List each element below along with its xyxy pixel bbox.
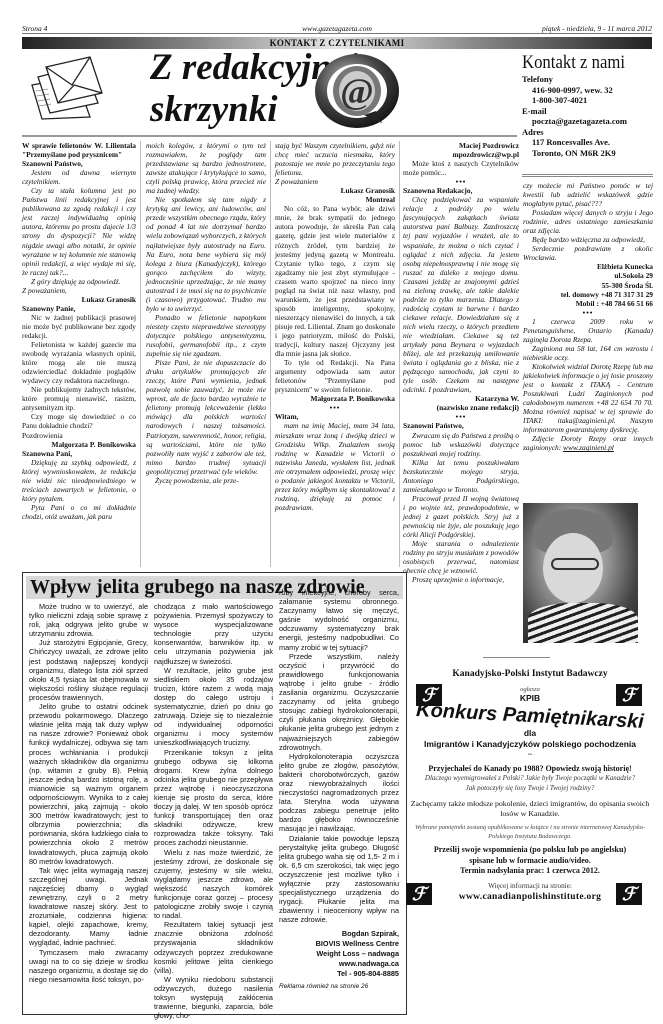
address-line-1: 117 Roncesvalles Ave.: [522, 137, 655, 148]
photo-divider: [483, 657, 550, 658]
deadline: Termin nadsyłania prac: 1 czerwca 2012.: [404, 866, 656, 877]
contact-divider: [522, 174, 653, 177]
reply-paragraph: Może ktoś z naszych Czytelników może pom…: [403, 159, 519, 177]
ad-note: Reklama również na stronie 26: [279, 982, 399, 991]
letter-paragraph: Posiadam więcej danych o stryju i Jego r…: [523, 208, 653, 235]
zaginieni-link[interactable]: www.zaginieni.pl: [563, 443, 614, 452]
letter-greeting: Witam,: [275, 412, 395, 421]
column-divider: [140, 141, 141, 567]
letter-signature-note: (nazwisko znane redakcji): [403, 403, 519, 412]
missing-person-paragraph: Zaginiona ma 58 lat, 164 cm wzrostu i ni…: [523, 344, 653, 362]
reply-paragraph: Nic w żadnej publikacji prasowej nie moż…: [22, 313, 136, 340]
header-divider: [22, 33, 652, 34]
svg-text:@: @: [340, 71, 374, 111]
letter-paragraph: Ponadto w felietonie napotykam niestety …: [146, 313, 266, 358]
email-label: E-mail: [522, 106, 655, 117]
letter-paragraph: Będę bardzo wdzięczna za odpowiedź,: [523, 235, 653, 244]
letters-column-2: moich kolegów, z którymi o tym też rozma…: [146, 141, 266, 485]
audience: Imigrantów i Kanadyjczyków polskiego poc…: [404, 739, 656, 750]
letter-paragraph: Serdecznie pozdrawiam z okolic Wrocławia…: [523, 244, 653, 262]
letter-paragraph: Dziękuję za szybką odpowiedź, z której w…: [22, 458, 136, 503]
contest-question: Przyjechałeś do Kanady po 1988? Opowiedz…: [404, 763, 656, 774]
letter-paragraph: Zwracam się do Państwa z prośbą o pomoc …: [403, 431, 519, 458]
at-sign-icon: @: [312, 51, 402, 131]
phone-1: 416-900-0997, wew. 32: [522, 85, 655, 96]
letter-paragraph: Nie spotkałem się tam nigdy z krytyką an…: [146, 195, 266, 313]
letter-greeting: Szanowni Państwo,: [22, 159, 136, 168]
letter-paragraph: Pisze Pani, że nie dopuszczacie do druku…: [146, 358, 266, 476]
letters-column-5: czy możecie mi Państwo pomóc w tej kwest…: [523, 181, 653, 452]
missing-person-paragraph: 1 czerwca 2009 roku w Penetanguishene, O…: [523, 317, 653, 344]
letter-paragraph: moich kolegów, z którymi o tym też rozma…: [146, 141, 266, 195]
letter-paragraph: Jestem od dawna wiernym czytelnikiem.: [22, 168, 136, 186]
send-line-1: Prześlij swoje wspomnienia (po polsku lu…: [404, 845, 656, 856]
article-column-1: Może trudno w to uwierzyć, ale tylko nie…: [29, 602, 148, 984]
letter-paragraph: Pracował przed II wojną światową i po wo…: [403, 494, 519, 539]
institute-name: Kanadyjsko-Polski Instytut Badawczy: [404, 668, 656, 680]
author-phone: Tel - 905-804-8885: [279, 969, 399, 979]
signature-mobile: Mobil : +48 784 66 51 66: [523, 299, 653, 308]
tilde-separator: ~: [404, 750, 656, 760]
letter-paragraph: Życzę powodzenia, ale prze-: [146, 476, 266, 485]
reply-paragraph: No cóż, to Pana wybór, ale dziwi mnie, ż…: [275, 204, 395, 358]
article-paragraph: Hydrokolonoterapia oczyszcza jelito grub…: [279, 752, 399, 834]
envelope-icon: [28, 55, 106, 121]
author-tagline: Weight Loss – nadwaga: [279, 949, 399, 959]
letters-column-1: W sprawie felietonów W. Lilientala "Prze…: [22, 141, 136, 521]
letter-paragraph: mam na imię Maciej, mam 34 lata, mieszka…: [275, 421, 395, 511]
letter-signature: Łukasz Granosik: [22, 295, 136, 304]
article-paragraph: Tymczasem mało zwracamy uwagi na to co s…: [29, 948, 148, 984]
health-article-box: Wpływ jelita grubego na nasze zdrowie Mo…: [22, 572, 407, 1015]
letter-signature: Elżbieta Kunecka: [523, 262, 653, 271]
letter-signature: Maciej Pozdrowicz: [403, 141, 519, 150]
letter-paragraph: czy możecie mi Państwo pomóc w tej kwest…: [523, 181, 653, 208]
article-paragraph: Przede wszystkim, należy oczyścić i przy…: [279, 652, 399, 752]
letter-signature: Katarzyna W.: [403, 394, 519, 403]
separator-stars: •••: [403, 412, 519, 421]
address-label: Adres: [522, 127, 655, 138]
letter-signature-city: Montreal: [275, 195, 395, 204]
letter-greeting: Szanowni Państwo,: [403, 421, 519, 430]
separator-stars: •••: [275, 403, 395, 412]
article-paragraph: roby infekcyjne, choroby serca, załamani…: [279, 588, 399, 652]
email-link[interactable]: poczta@gazetagazeta.com: [522, 116, 655, 127]
article-paragraph: Przenikanie toksyn z jelita grubego odby…: [154, 748, 273, 848]
title-divider: [22, 135, 517, 137]
reply-paragraph: Czy moge się dowiedzieć o co Panu dokład…: [22, 412, 136, 430]
contest-subquestion-2: Jak potoczyły się losy Twoje i Twojej ro…: [404, 784, 656, 794]
article-paragraph: Działanie takie powoduje lepszą perystal…: [279, 834, 399, 925]
kpib-logo-icon: ℱ: [616, 883, 642, 905]
letter-paragraph: Z góry dziękuję za odpowiedź.: [22, 277, 136, 286]
letters-column-4: Maciej Pozdrowicz mpozdrowicz@wp.pl Może…: [403, 141, 519, 584]
selected-text: Wybrane pamiętniki zostaną opublikowane …: [404, 823, 656, 841]
missing-person-photo: [523, 503, 638, 643]
contact-heading: Kontakt z nami: [522, 52, 639, 74]
encourage-text: Zachęcamy także młodsze pokolenie, dziec…: [404, 799, 656, 819]
column-divider: [399, 141, 400, 567]
letters-column-3: stają być Waszym czytelnikiem, gdyż nie …: [275, 141, 395, 512]
letter-paragraph: Pyta Pani o co mi dokładnie chodzi, otóż…: [22, 503, 136, 521]
reply-paragraph: To tyle od Redakcji. Na Pana argumenty o…: [275, 358, 395, 394]
missing-person-paragraph: Ktokolwiek widział Dorotę Rzepę lub ma j…: [523, 362, 653, 434]
letter-paragraph: Czy ta stała kolumna jest po Państwa lin…: [22, 186, 136, 276]
photo-glasses: [551, 558, 599, 570]
send-line-2: spisane lub w formacie audio/video.: [404, 856, 656, 867]
letter-paragraph: Chcę podziękować za wspaniałe relacje z …: [403, 195, 519, 394]
letter-closing: Z poważaniem: [275, 177, 395, 186]
article-paragraph: W wyniku niedoboru substancji odżywczych…: [154, 975, 273, 1020]
article-paragraph: Wielu z nas może twierdzić, że jesteśmy …: [154, 848, 273, 921]
letter-greeting: Szanowna Pani,: [22, 449, 136, 458]
article-column-3: roby infekcyjne, choroby serca, załamani…: [279, 588, 399, 992]
author-name: Bogdan Szpirak,: [279, 929, 399, 939]
kpib-announcement: Kanadyjsko-Polski Instytut Badawczy ℱ ℱ …: [404, 668, 656, 903]
article-paragraph: Rezultatem takiej sytuacji jest znacznie…: [154, 920, 273, 975]
letter-paragraph: stają być Waszym czytelnikiem, gdyż nie …: [275, 141, 395, 177]
kpib-logo-icon: ℱ: [406, 883, 432, 905]
signature-phone: tel. domowy +48 71 317 31 29: [523, 290, 653, 299]
article-column-2: chodząca z mało wartościowego pożywienia…: [154, 602, 273, 1020]
author-org: BIOVIS Wellness Centre: [279, 939, 399, 949]
article-paragraph: Może trudno w to uwierzyć, ale tylko nie…: [29, 602, 148, 638]
phone-2: 1-800-307-4021: [522, 95, 655, 106]
phones-label: Telefony: [522, 74, 655, 85]
article-paragraph: Jelito grube to ostatni odcinek przewodu…: [29, 702, 148, 866]
letter-closing: Z poważaniem,: [22, 286, 136, 295]
column-divider: [270, 141, 271, 567]
letter-paragraph: Moje starania o odnalezienie rodziny po …: [403, 539, 519, 575]
letter-heading: W sprawie felietonów W. Lilientala "Prze…: [22, 141, 136, 159]
letter-greeting: Szanowna Redakacjo,: [403, 186, 519, 195]
issue-date: piątek - niedziela, 9 - 11 marca 2012: [542, 24, 652, 33]
letter-paragraph: Proszę uprzejmie o informacje,: [403, 575, 519, 584]
contest-subquestion-1: Dlaczego wyemigrowałeś z Polski? Jakie b…: [404, 774, 656, 784]
reply-paragraph: Nie publikujemy żadnych tekstów, które p…: [22, 385, 136, 412]
address-line-2: Toronto, ON M6R 2K9: [522, 148, 655, 159]
reply-signature: Małgorzata P. Bonikowska: [275, 394, 395, 403]
contact-box: Kontakt z nami Telefony 416-900-0997, we…: [522, 52, 655, 158]
letter-signature-email[interactable]: mpozdrowicz@wp.pl: [403, 150, 519, 159]
reply-closing: Pozdrowienia: [22, 431, 136, 440]
letter-signature: Łukasz Granosik: [275, 186, 395, 195]
article-paragraph: Tak więc jelita wymagają naszej szczegól…: [29, 866, 148, 948]
letter-paragraph: Kilka lat temu poszukiwałam bezskuteczni…: [403, 458, 519, 494]
signature-city: 55-300 Środa Śl.: [523, 281, 653, 290]
separator-stars: •••: [523, 308, 653, 317]
photo-striped-shirt: [528, 603, 638, 643]
signature-street: ul.Sokola 29: [523, 271, 653, 280]
separator-stars: •••: [403, 177, 519, 186]
article-paragraph: chodząca z mało wartościowego pożywienia…: [154, 602, 273, 666]
reply-paragraph: Felietonista w każdej gazecie ma swobodę…: [22, 340, 136, 385]
letter-greeting: Szanowny Panie,: [22, 304, 136, 313]
author-website[interactable]: www.nadwaga.ca: [279, 959, 399, 969]
article-paragraph: Już starożytni Egipcjanie, Grecy, Chińcz…: [29, 638, 148, 702]
kpib-logo-icon: ℱ: [616, 684, 642, 706]
article-paragraph: W rezultacie, jelito grube jest siedlisk…: [154, 666, 273, 748]
reply-signature: Małgorzata P. Bonikowska: [22, 440, 136, 449]
